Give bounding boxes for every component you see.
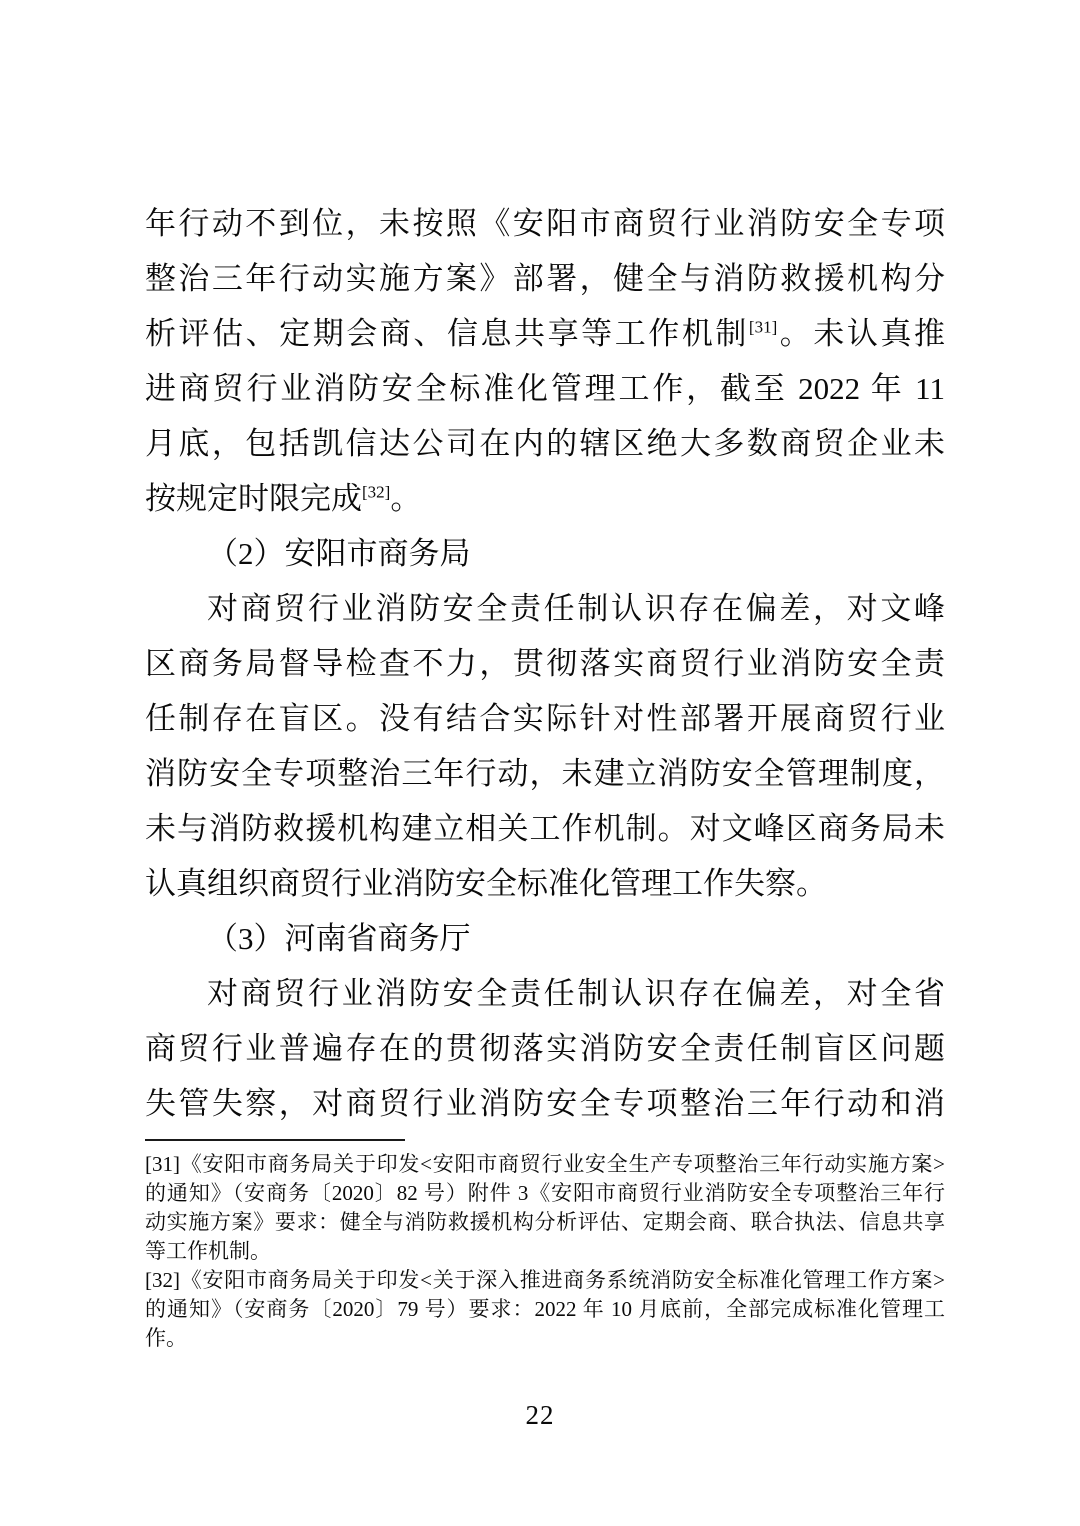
- line-text: （3）河南省商务厅: [207, 921, 471, 956]
- line-text: 商贸行业普遍存在的贯彻落实消防安全责任制盲区问题: [145, 1031, 945, 1066]
- body-text-line: 年行动不到位，未按照《安阳市商贸行业消防安全专项: [145, 196, 945, 251]
- footnote-line: [32]《安阳市商务局关于印发<关于深入推进商务系统消防安全标准化管理工作方案>: [145, 1266, 945, 1295]
- footnotes-block: [31]《安阳市商务局关于印发<安阳市商贸行业安全生产专项整治三年行动实施方案>…: [145, 1150, 945, 1353]
- line-text: 月底，包括凯信达公司在内的辖区绝大多数商贸企业未: [145, 426, 945, 461]
- line-text: （2）安阳市商务局: [207, 536, 471, 571]
- footnote-line: 动实施方案》要求：健全与消防救援机构分析评估、定期会商、联合执法、信息共享: [145, 1208, 945, 1237]
- body-text-line: 消防安全专项整治三年行动，未建立消防安全管理制度，: [145, 746, 945, 801]
- footnote-line: 的通知》（安商务〔2020〕82 号）附件 3《安阳市商贸行业消防安全专项整治三…: [145, 1179, 945, 1208]
- line-text: 。: [390, 481, 421, 516]
- body-text-line: 认真组织商贸行业消防安全标准化管理工作失察。: [145, 856, 945, 911]
- document-page: 年行动不到位，未按照《安阳市商贸行业消防安全专项整治三年行动实施方案》部署，健全…: [0, 0, 1080, 1526]
- line-text: 年行动不到位，未按照《安阳市商贸行业消防安全专项: [145, 206, 945, 241]
- line-text: 。未认真推: [777, 316, 945, 351]
- body-text-line: 商贸行业普遍存在的贯彻落实消防安全责任制盲区问题: [145, 1021, 945, 1076]
- line-text: 消防安全专项整治三年行动，未建立消防安全管理制度，: [145, 756, 945, 791]
- line-text: 析评估、定期会商、信息共享等工作机制: [145, 316, 749, 351]
- footnote-line: 等工作机制。: [145, 1237, 945, 1266]
- body-text-line: 进商贸行业消防安全标准化管理工作，截至 2022 年 11: [145, 361, 945, 416]
- line-text: 失管失察，对商贸行业消防安全专项整治三年行动和消: [145, 1086, 945, 1121]
- line-text: 动实施方案》要求：健全与消防救援机构分析评估、定期会商、联合执法、信息共享: [145, 1210, 945, 1234]
- line-text: 未与消防救援机构建立相关工作机制。对文峰区商务局未: [145, 811, 945, 846]
- line-text: 作。: [145, 1326, 187, 1350]
- body-text-line: 失管失察，对商贸行业消防安全专项整治三年行动和消: [145, 1076, 945, 1131]
- footnote-ref: [32]: [362, 483, 390, 502]
- section-heading-2: （2）安阳市商务局: [145, 526, 945, 581]
- line-text: 任制存在盲区。没有结合实际针对性部署开展商贸行业: [145, 701, 945, 736]
- line-text: 对商贸行业消防安全责任制认识存在偏差，对文峰: [207, 591, 945, 626]
- body-text-line: 对商贸行业消防安全责任制认识存在偏差，对全省: [145, 966, 945, 1021]
- line-text: 等工作机制。: [145, 1239, 271, 1263]
- line-text: 进商贸行业消防安全标准化管理工作，截至 2022 年 11: [145, 371, 945, 406]
- footnote-line: 作。: [145, 1324, 945, 1353]
- footnote-line: [31]《安阳市商务局关于印发<安阳市商贸行业安全生产专项整治三年行动实施方案>: [145, 1150, 945, 1179]
- line-text: [32]《安阳市商务局关于印发<关于深入推进商务系统消防安全标准化管理工作方案>: [145, 1268, 945, 1292]
- line-text: 对商贸行业消防安全责任制认识存在偏差，对全省: [207, 976, 945, 1011]
- line-text: 整治三年行动实施方案》部署，健全与消防救援机构分: [145, 261, 945, 296]
- body-text-line: 区商务局督导检查不力，贯彻落实商贸行业消防安全责: [145, 636, 945, 691]
- footnote-ref: [31]: [749, 318, 777, 337]
- body-text-line: 月底，包括凯信达公司在内的辖区绝大多数商贸企业未: [145, 416, 945, 471]
- line-text: 的通知》（安商务〔2020〕79 号）要求：2022 年 10 月底前，全部完成…: [145, 1297, 945, 1321]
- page-number: 22: [0, 1400, 1080, 1431]
- line-text: [31]《安阳市商务局关于印发<安阳市商贸行业安全生产专项整治三年行动实施方案>: [145, 1152, 945, 1176]
- footnote-line: 的通知》（安商务〔2020〕79 号）要求：2022 年 10 月底前，全部完成…: [145, 1295, 945, 1324]
- body-text-line: 未与消防救援机构建立相关工作机制。对文峰区商务局未: [145, 801, 945, 856]
- line-text: 认真组织商贸行业消防安全标准化管理工作失察。: [145, 866, 827, 901]
- main-text-block: 年行动不到位，未按照《安阳市商贸行业消防安全专项整治三年行动实施方案》部署，健全…: [145, 196, 945, 1131]
- line-text: 的通知》（安商务〔2020〕82 号）附件 3《安阳市商贸行业消防安全专项整治三…: [145, 1181, 945, 1205]
- line-text: 区商务局督导检查不力，贯彻落实商贸行业消防安全责: [145, 646, 945, 681]
- section-heading-3: （3）河南省商务厅: [145, 911, 945, 966]
- body-text-line: 对商贸行业消防安全责任制认识存在偏差，对文峰: [145, 581, 945, 636]
- line-text: 按规定时限完成: [145, 481, 362, 516]
- body-text-line: 析评估、定期会商、信息共享等工作机制[31]。未认真推: [145, 306, 945, 361]
- body-text-line: 整治三年行动实施方案》部署，健全与消防救援机构分: [145, 251, 945, 306]
- body-text-line: 按规定时限完成[32]。: [145, 471, 945, 526]
- footnote-divider: [145, 1139, 405, 1141]
- body-text-line: 任制存在盲区。没有结合实际针对性部署开展商贸行业: [145, 691, 945, 746]
